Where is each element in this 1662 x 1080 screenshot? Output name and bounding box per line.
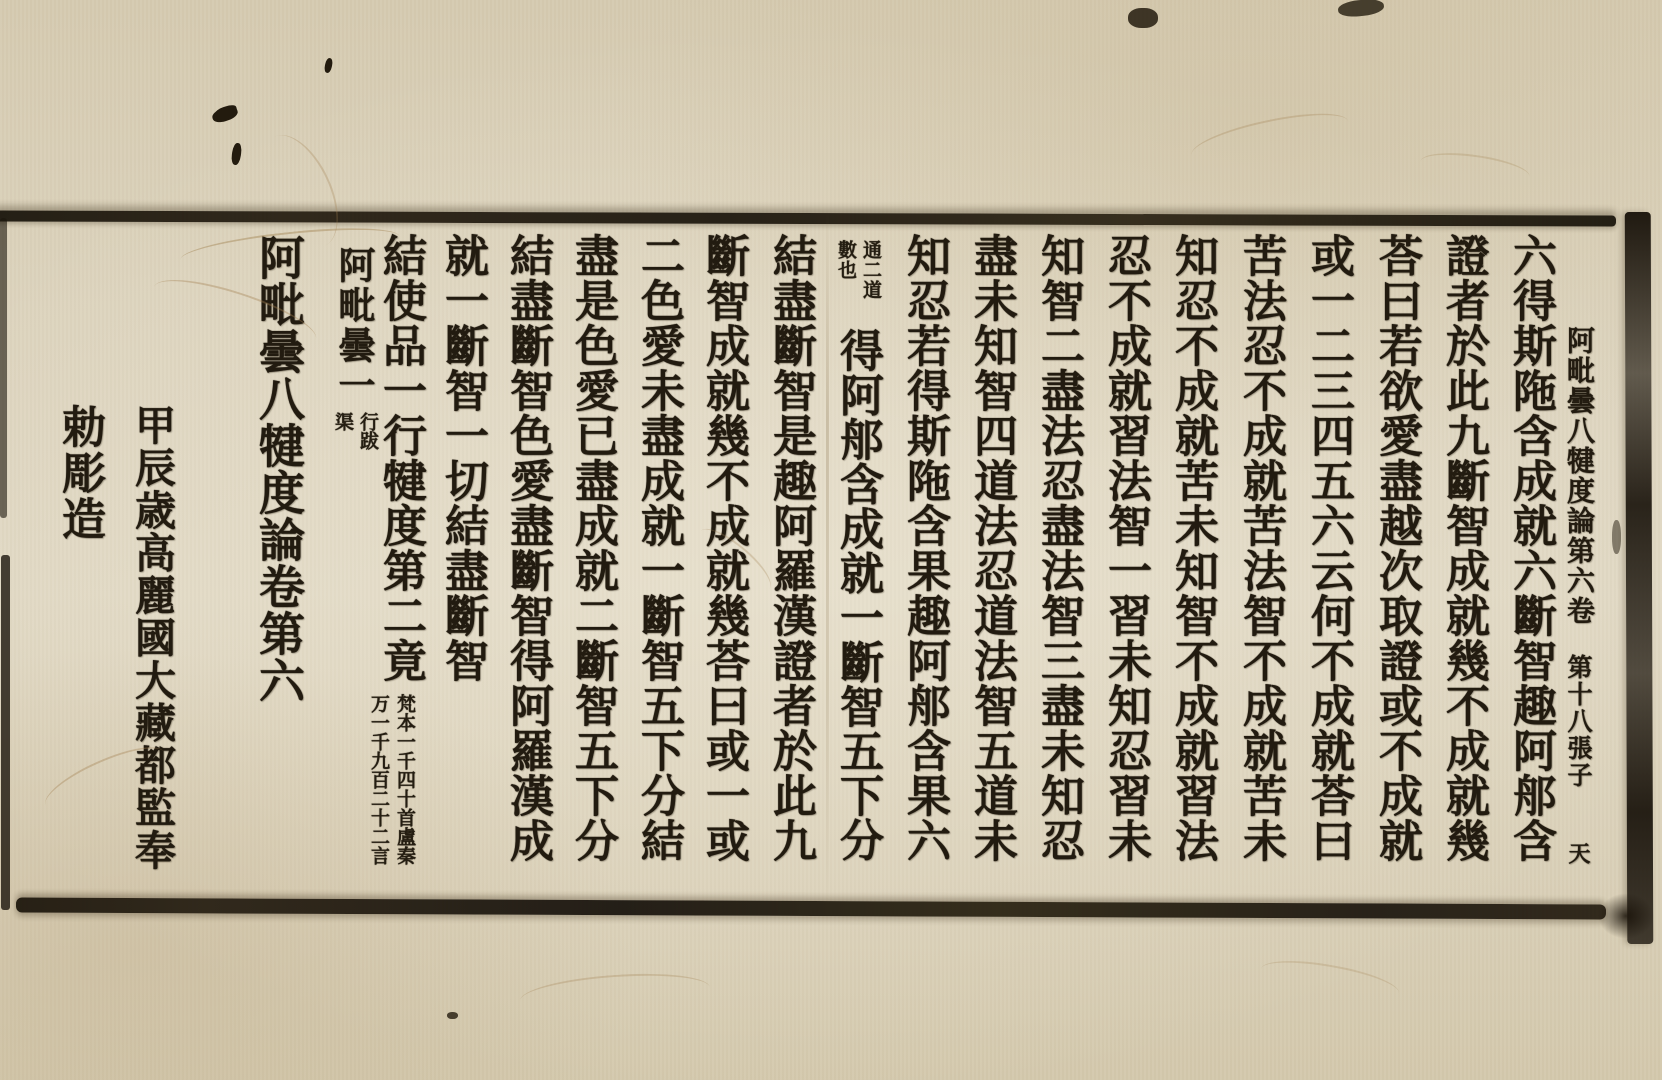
- margin-note-left-line: 渠: [330, 412, 355, 450]
- text-column-7: 忍不成就習法智一習未知忍習未: [1098, 233, 1152, 863]
- text-column-9: 盡未知智四道法忍道法智五道未: [964, 233, 1018, 863]
- frame-bottom-border: [16, 898, 1606, 920]
- text-column-2: 證者於此九斷智成就幾不成就幾: [1436, 233, 1490, 863]
- ink-blotch-bottom-right: [1598, 893, 1654, 939]
- text-column-15: 盡是色愛已盡成就二斷智五下分: [565, 233, 619, 863]
- text-column-16: 結盡斷智色愛盡斷智得阿羅漢成: [500, 233, 554, 863]
- ink-speck: [324, 57, 334, 73]
- text-column-3: 荅曰若欲愛盡越次取證或不成就: [1369, 233, 1423, 863]
- text-column-14: 二色愛未盡成就一斷智五下分結: [631, 233, 685, 863]
- frame-top-border: [0, 210, 1616, 226]
- text-column-10: 知忍若得斯陁含果趣阿郍含果六: [897, 233, 951, 863]
- interlinear-note-left-line: 數也: [833, 240, 858, 300]
- frame-right-border: [1625, 212, 1654, 944]
- text-column-12: 結盡斷智是趣阿羅漢證者於此九: [763, 233, 817, 863]
- ink-speck: [1337, 0, 1384, 18]
- word-count-note-right-line: 梵本一千四十首盧秦: [392, 694, 418, 865]
- margin-note-right-line: 行跋: [355, 412, 380, 450]
- paper-crease: [826, 210, 829, 910]
- colophon-line-1: 甲辰歳高麗國大藏都監奉: [126, 404, 178, 872]
- ink-speck: [231, 142, 243, 165]
- paper-fiber: [1258, 953, 1401, 1009]
- ink-speck: [211, 104, 240, 124]
- word-count-note-left-line: 万一千九百二十二言: [366, 694, 392, 865]
- text-column-11: 得阿郍含成就一斷智五下分: [830, 328, 884, 862]
- interlinear-note-right-line: 通二道: [858, 240, 883, 300]
- paper-fiber: [1419, 147, 1532, 190]
- sheet-label-case-mark: 天: [1563, 842, 1593, 864]
- paper-fiber: [519, 968, 711, 1019]
- paper-fiber: [1188, 104, 1352, 172]
- woodblock-print-page: 阿毗曇八犍度論第六卷 第十八張子 天 六得斯陁含成就六斷智趣阿郍含 證者於此九斷…: [0, 0, 1662, 1080]
- ink-speck: [447, 1012, 458, 1019]
- text-column-5: 苦法忍不成就苦法智不成就苦未: [1233, 233, 1287, 863]
- word-count-note: 梵本一千四十首盧秦 万一千九百二十二言: [366, 694, 418, 865]
- ink-speck: [1128, 8, 1158, 28]
- interlinear-note-two-paths: 通二道 數也: [833, 240, 883, 300]
- section-end-title: 結使品一行犍度第二竟: [373, 233, 427, 683]
- sheet-label-number: 第十八張子: [1560, 654, 1596, 789]
- sheet-label-title: 阿毗曇八犍度論第六卷: [1559, 326, 1599, 626]
- text-column-1: 六得斯陁含成就六斷智趣阿郍含: [1503, 233, 1557, 863]
- text-column-4: 或一二三四五六云何不成就荅曰: [1301, 233, 1355, 863]
- text-column-17: 就一斷智一切結盡斷智: [435, 233, 489, 683]
- text-column-8: 知智二盡法忍盡法智三盡未知忍: [1031, 233, 1085, 863]
- frame-left-border-upper: [0, 218, 7, 518]
- margin-note-gloss: 行跋 渠: [330, 412, 380, 450]
- text-column-6: 知忍不成就苦未知智不成就習法: [1165, 233, 1219, 863]
- ink-speck: [1612, 520, 1621, 554]
- frame-left-border-lower: [1, 555, 10, 910]
- colophon-line-2: 勅彫造: [52, 404, 106, 542]
- margin-note-text: 阿毗曇一: [331, 246, 377, 406]
